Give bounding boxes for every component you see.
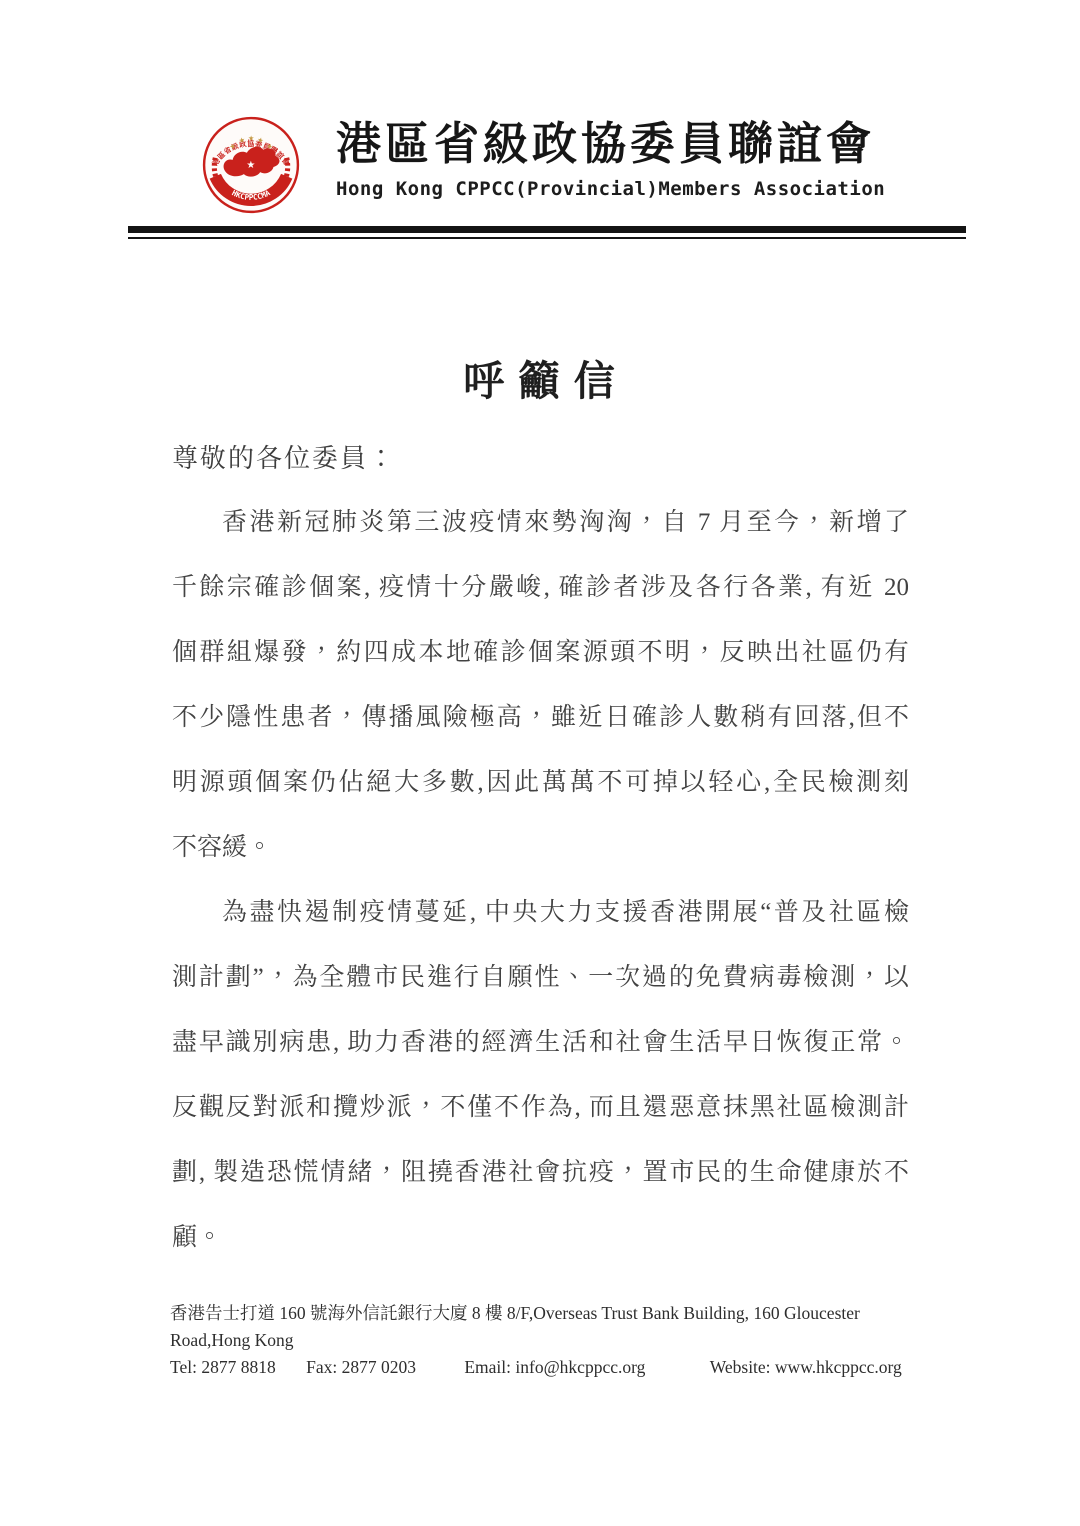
body-line: 明源頭個案仍佔絕大多數,因此萬萬不可掉以轻心,全民檢測刻 bbox=[172, 750, 909, 815]
footer-website: Website: www.hkcppcc.org bbox=[710, 1354, 902, 1381]
paragraph-1: 香港新冠肺炎第三波疫情來勢洶洶，自 7 月至今，新增了 千餘宗確診個案, 疫情十… bbox=[172, 490, 909, 880]
body-line: 劃, 製造恐慌情緒，阻撓香港社會抗疫，置市民的生命健康於不 bbox=[172, 1140, 909, 1205]
footer-fax: Fax: 2877 0203 bbox=[306, 1354, 416, 1381]
org-name-en: Hong Kong CPPCC(Provincial)Members Assoc… bbox=[336, 178, 885, 200]
body-line: 為盡快遏制疫情蔓延, 中央大力支援香港開展“普及社區檢 bbox=[172, 880, 909, 945]
salutation: 尊敬的各位委員： bbox=[172, 438, 909, 475]
body-line: 香港新冠肺炎第三波疫情來勢洶洶，自 7 月至今，新增了 bbox=[172, 490, 909, 555]
org-name-zh: 港區省級政協委員聯誼會 bbox=[336, 120, 885, 170]
letter-title: 呼 籲 信 bbox=[0, 348, 1080, 407]
letterhead-divider bbox=[128, 226, 966, 239]
org-logo: 港區省級政協委員聯誼會 ★ ★ ★ ★ ★ ★ bbox=[200, 110, 302, 222]
letter-body: 香港新冠肺炎第三波疫情來勢洶洶，自 7 月至今，新增了 千餘宗確診個案, 疫情十… bbox=[172, 490, 909, 1270]
footer-address: 香港告士打道 160 號海外信託銀行大廈 8 樓 8/F,Overseas Tr… bbox=[170, 1300, 915, 1354]
body-line: 顧。 bbox=[172, 1205, 909, 1270]
body-line: 千餘宗確診個案, 疫情十分嚴峻, 確診者涉及各行各業, 有近 20 bbox=[172, 555, 909, 620]
body-line: 個群組爆發，約四成本地確診個案源頭不明，反映出社區仍有 bbox=[172, 620, 909, 685]
footer-contacts: Tel: 2877 8818 Fax: 2877 0203 Email: inf… bbox=[170, 1354, 915, 1381]
org-names: 港區省級政協委員聯誼會 Hong Kong CPPCC(Provincial)M… bbox=[336, 110, 885, 200]
paragraph-2: 為盡快遏制疫情蔓延, 中央大力支援香港開展“普及社區檢 測計劃”，為全體市民進行… bbox=[172, 880, 909, 1075]
body-line: 測計劃”，為全體市民進行自願性、一次過的免費病毒檢測，以 bbox=[172, 945, 909, 1010]
footer-email: Email: info@hkcppcc.org bbox=[464, 1354, 645, 1381]
letterhead: 港區省級政協委員聯誼會 ★ ★ ★ ★ ★ ★ bbox=[200, 110, 885, 222]
body-line: 不少隱性患者，傳播風險極高，雖近日確診人數稍有回落,但不 bbox=[172, 685, 909, 750]
body-line: 不容緩。 bbox=[172, 815, 909, 880]
letter-footer: 香港告士打道 160 號海外信託銀行大廈 8 樓 8/F,Overseas Tr… bbox=[170, 1300, 915, 1381]
map-star-icon: ★ bbox=[246, 160, 255, 171]
body-line: 反觀反對派和攬炒派，不僅不作為, 而且還惡意抹黑社區檢測計 bbox=[172, 1075, 909, 1140]
body-line: 盡早識別病患, 助力香港的經濟生活和社會生活早日恢復正常。 bbox=[172, 1010, 909, 1075]
footer-tel: Tel: 2877 8818 bbox=[170, 1354, 276, 1381]
svg-text:★: ★ bbox=[248, 135, 254, 143]
paragraph-3: 反觀反對派和攬炒派，不僅不作為, 而且還惡意抹黑社區檢測計 劃, 製造恐慌情緒，… bbox=[172, 1075, 909, 1270]
letter-page: 港區省級政協委員聯誼會 ★ ★ ★ ★ ★ ★ bbox=[0, 0, 1080, 1526]
org-emblem-icon: 港區省級政協委員聯誼會 ★ ★ ★ ★ ★ ★ bbox=[200, 110, 302, 222]
